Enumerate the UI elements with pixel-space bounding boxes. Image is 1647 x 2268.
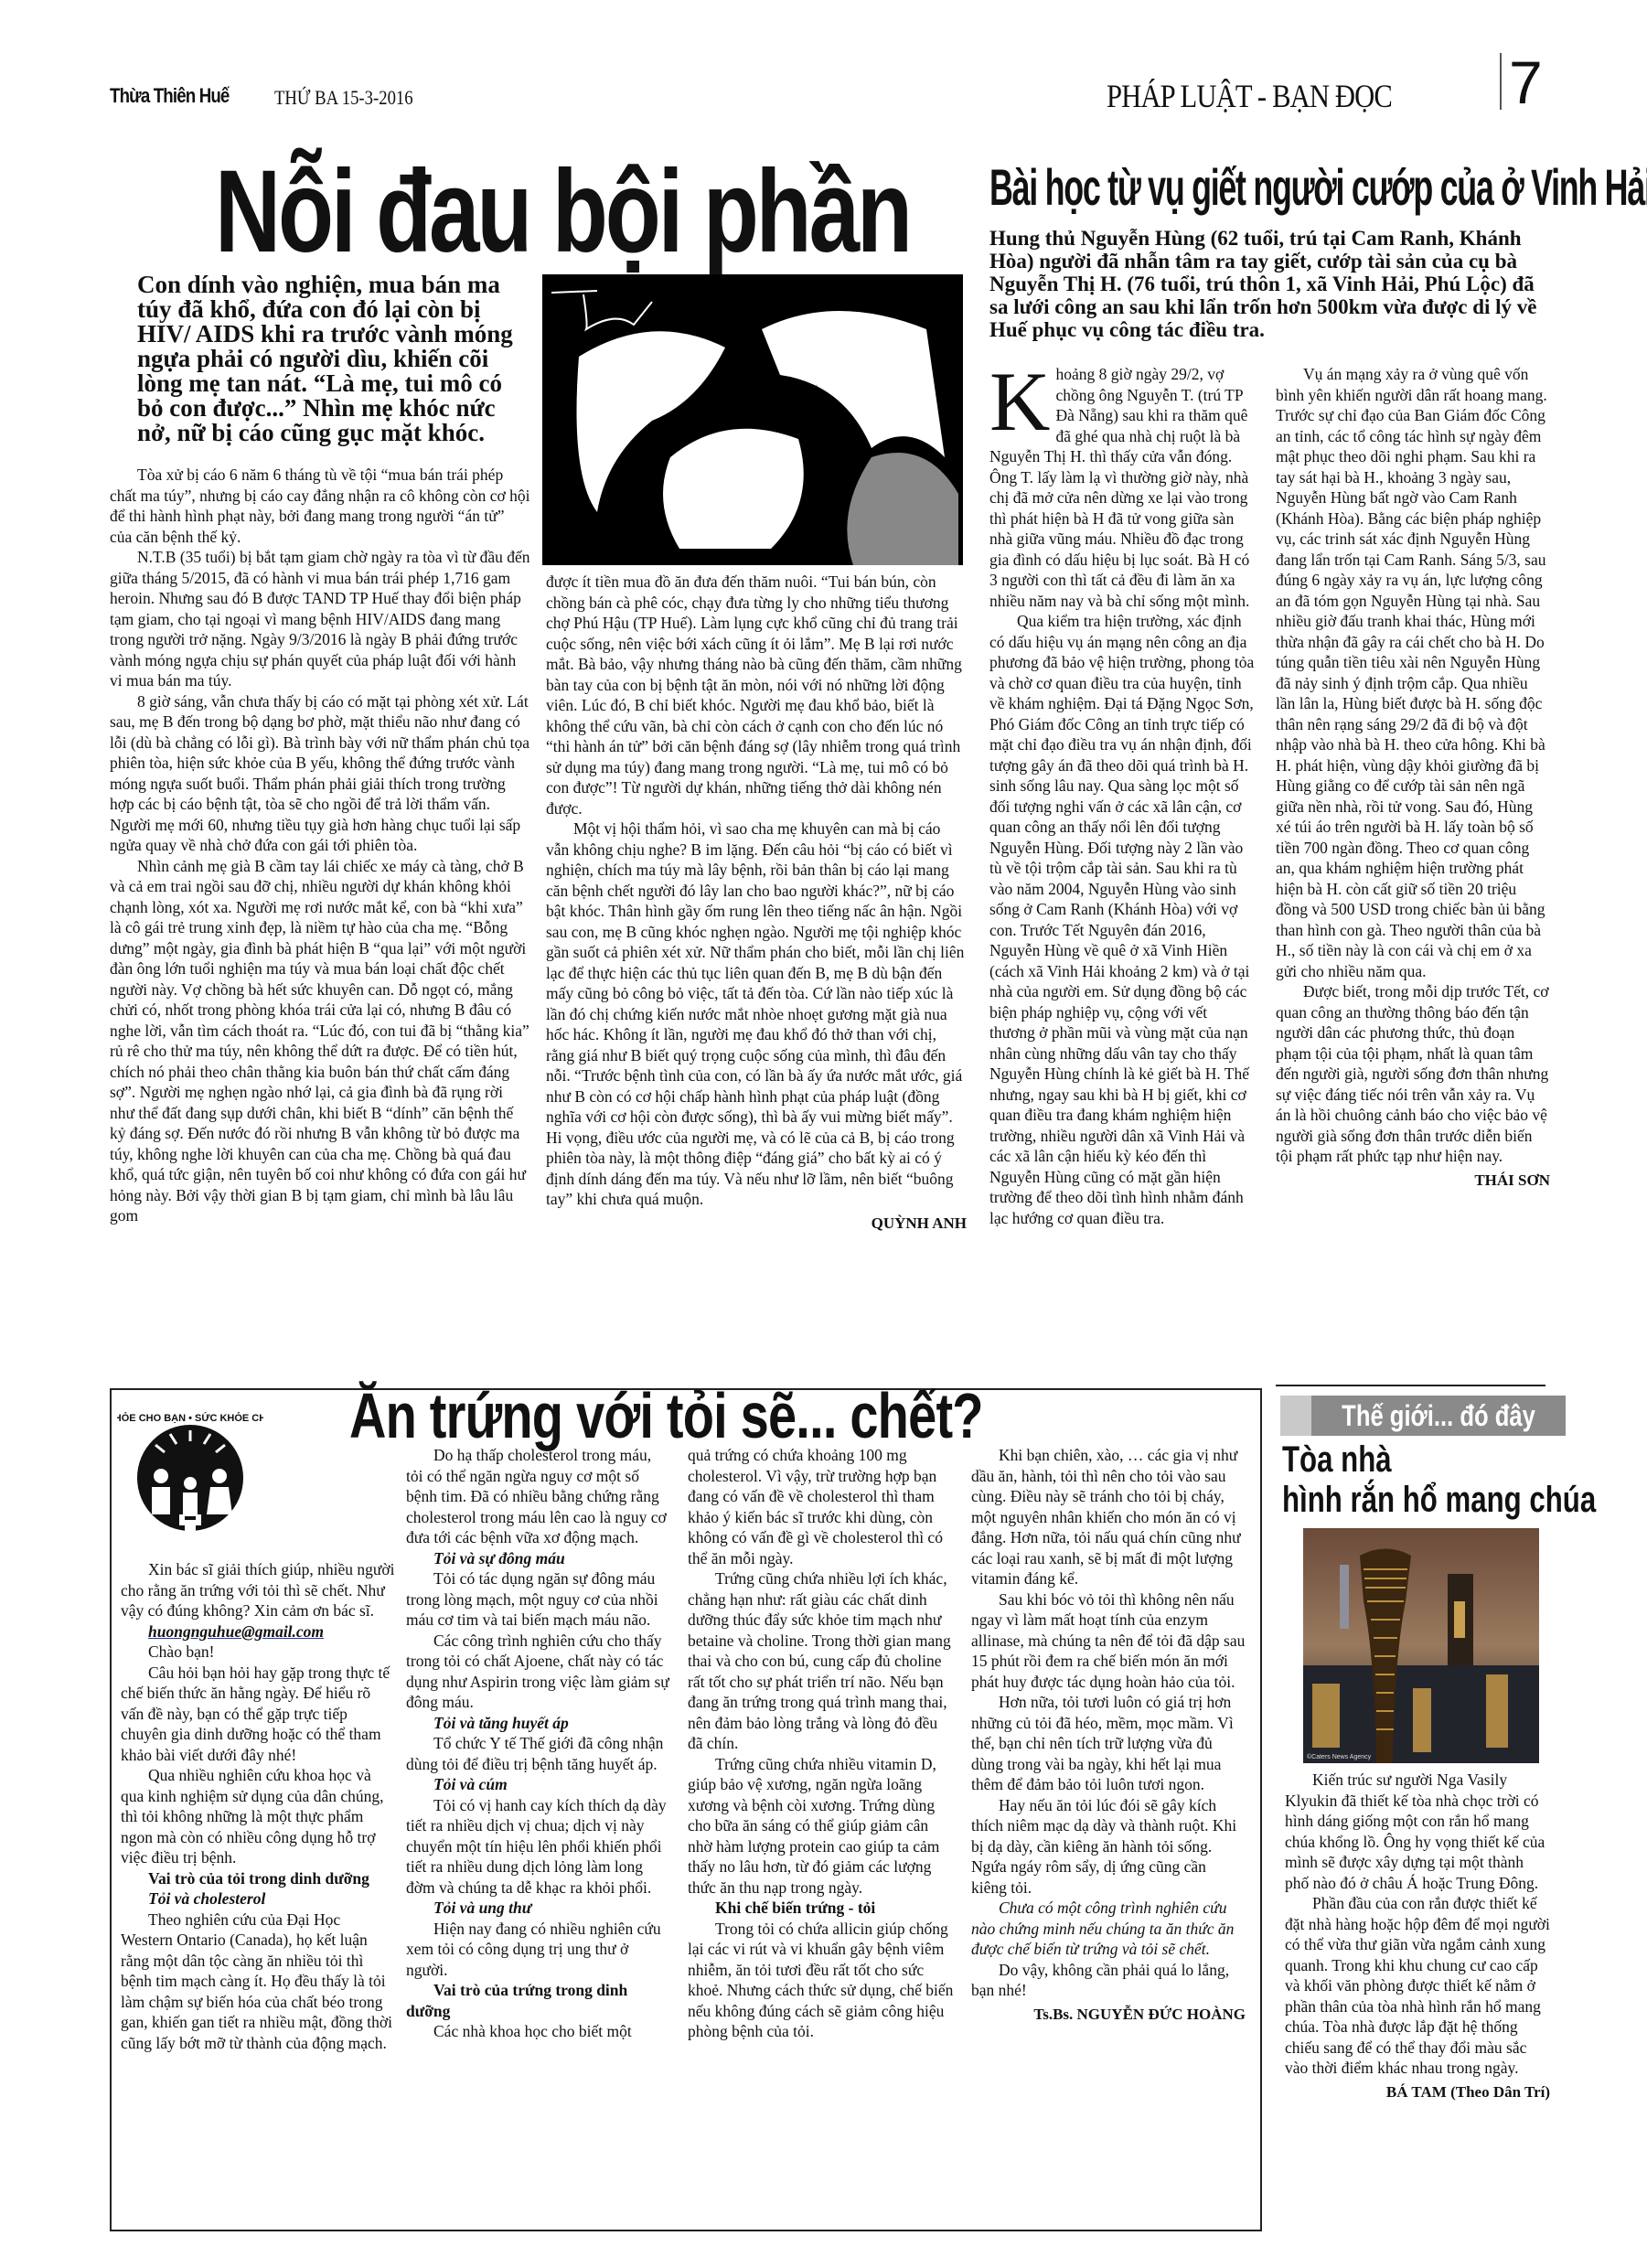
closing: Do vậy, không cần phải quá lo lắng, bạn … bbox=[971, 1960, 1246, 2001]
article1-headline: Nỗi đau bội phần bbox=[215, 154, 910, 271]
paragraph: Nhìn cảnh mẹ già B cầm tay lái chiếc xe … bbox=[110, 856, 530, 1226]
issue-date: THỨ BA 15-3-2016 bbox=[274, 86, 413, 110]
paragraph: Hơn nữa, tỏi tươi luôn có giá trị hơn nh… bbox=[971, 1692, 1246, 1795]
paragraph: được ít tiền mua đồ ăn đưa đến thăm nuôi… bbox=[546, 572, 967, 818]
greeting: Chào bạn! bbox=[121, 1642, 395, 1663]
health-for-you-logo: SỨC KHỎE CHO BẠN • SỨC KHỎE CHO BẠN bbox=[117, 1405, 263, 1551]
paragraph: Hiện nay đang có nhiều nghiên cứu xem tỏ… bbox=[406, 1919, 671, 1981]
reader-email-link[interactable]: huongnguhue@gmail.com bbox=[148, 1622, 324, 1641]
email-line: huongnguhue@gmail.com bbox=[121, 1621, 395, 1642]
article3-column-1: Xin bác sĩ giải thích giúp, nhiều người … bbox=[121, 1559, 395, 2053]
subheading: Tỏi và tăng huyết áp bbox=[406, 1713, 671, 1734]
article1-column-1: Tòa xử bị cáo 6 năm 6 tháng tù về tội “m… bbox=[110, 465, 530, 1226]
paragraph: Được biết, trong mỗi dịp trước Tết, cơ q… bbox=[1276, 981, 1550, 1167]
svg-text:SỨC KHỎE CHO BẠN • SỨC KHỎE CH: SỨC KHỎE CHO BẠN • SỨC KHỎE CHO BẠN bbox=[117, 1412, 263, 1424]
subheading: Vai trò của tỏi trong dinh dưỡng bbox=[121, 1868, 395, 1889]
subheading: Khi chế biến trứng - tỏi bbox=[688, 1898, 955, 1919]
paragraph: Qua kiểm tra hiện trường, xác định có dấ… bbox=[989, 611, 1255, 1228]
page-number-divider bbox=[1500, 53, 1502, 110]
article2-column-1: Khoảng 8 giờ ngày 29/2, vợ chồng ông Ngu… bbox=[989, 364, 1255, 1228]
article1-lede: Con dính vào nghiện, mua bán ma túy đã k… bbox=[137, 273, 521, 445]
paragraph: Phần đầu của con rắn được thiết kế đặt n… bbox=[1285, 1893, 1550, 2079]
article2-author: THÁI SƠN bbox=[1276, 1171, 1550, 1192]
paragraph: Tòa xử bị cáo 6 năm 6 tháng tù về tội “m… bbox=[110, 465, 530, 547]
article1-column-2: được ít tiền mua đồ ăn đưa đến thăm nuôi… bbox=[546, 572, 967, 1234]
paragraph: Các nhà khoa học cho biết một bbox=[406, 2021, 671, 2042]
city-skyline-photo-icon: ©Caters News Agency bbox=[1303, 1528, 1539, 1763]
article1-author: QUỲNH ANH bbox=[546, 1214, 967, 1235]
paragraph: Khi bạn chiên, xào, … các gia vị như dầu… bbox=[971, 1445, 1246, 1589]
paragraph: quả trứng có chứa khoảng 100 mg choleste… bbox=[688, 1445, 955, 1568]
paragraph: Các công trình nghiên cứu cho thấy trong… bbox=[406, 1631, 671, 1713]
article3-column-3: quả trứng có chứa khoảng 100 mg choleste… bbox=[688, 1445, 955, 2042]
article4-author: BÁ TAM (Theo Dân Trí) bbox=[1285, 2082, 1550, 2103]
paragraph: Trứng cũng chứa nhiều lợi ích khác, chẳn… bbox=[688, 1568, 955, 1754]
paragraph: Do hạ thấp cholesterol trong máu, tỏi có… bbox=[406, 1445, 671, 1548]
family-health-logo-icon: SỨC KHỎE CHO BẠN • SỨC KHỎE CHO BẠN bbox=[117, 1405, 263, 1551]
article4-headline: Tòa nhà hình rắn hổ mang chúa bbox=[1282, 1439, 1596, 1520]
paragraph-with-dropcap: Khoảng 8 giờ ngày 29/2, vợ chồng ông Ngu… bbox=[989, 364, 1255, 611]
section-tag-label: Thế giới... đó đây bbox=[1337, 1396, 1540, 1436]
article3-column-2: Do hạ thấp cholesterol trong máu, tỏi có… bbox=[406, 1445, 671, 2042]
subheading: Tỏi và cúm bbox=[406, 1774, 671, 1795]
section-tag-accent bbox=[1280, 1396, 1311, 1436]
article2-lede: Hung thủ Nguyễn Hùng (62 tuổi, trú tại C… bbox=[989, 227, 1538, 341]
subheading: Tỏi và ung thư bbox=[406, 1898, 671, 1919]
headline-line: Tòa nhà bbox=[1282, 1439, 1596, 1480]
article4-body: Kiến trúc sư người Nga Vasily Klyukin đã… bbox=[1285, 1770, 1550, 2102]
article3-author: Ts.Bs. NGUYỄN ĐỨC HOÀNG bbox=[971, 2005, 1246, 2026]
paragraph: Theo nghiên cứu của Đại Học Western Onta… bbox=[121, 1910, 395, 2054]
paragraph: Tỏi có vị hanh cay kích thích dạ dày tiế… bbox=[406, 1795, 671, 1899]
paragraph: Qua nhiều nghiên cứu khoa học và qua kin… bbox=[121, 1765, 395, 1868]
section-title: PHÁP LUẬT - BẠN ĐỌC bbox=[1107, 77, 1392, 115]
page-number: 7 bbox=[1509, 48, 1543, 117]
illustration-icon bbox=[542, 274, 963, 565]
subheading: Tỏi và sự đông máu bbox=[406, 1548, 671, 1569]
article2-headline: Bài học từ vụ giết người cướp của ở Vinh… bbox=[989, 157, 1647, 217]
paragraph: 8 giờ sáng, vẫn chưa thấy bị cáo có mặt … bbox=[110, 691, 530, 856]
paragraph: Trong tỏi có chứa allicin giúp chống lại… bbox=[688, 1919, 955, 2042]
article3-headline: Ăn trứng với tỏi sẽ... chết? bbox=[349, 1379, 983, 1452]
paragraph: Một vị hội thẩm hỏi, vì sao cha mẹ khuyê… bbox=[546, 818, 967, 1210]
paragraph: Câu hỏi bạn hỏi hay gặp trong thực tế ch… bbox=[121, 1663, 395, 1766]
subheading: Tỏi và cholesterol bbox=[121, 1888, 395, 1910]
headline-line: hình rắn hổ mang chúa bbox=[1282, 1480, 1596, 1520]
crying-mother-illustration bbox=[542, 274, 963, 565]
paragraph: Sau khi bóc vỏ tỏi thì không nên nấu nga… bbox=[971, 1589, 1246, 1693]
paragraph: Hay nếu ăn tỏi lúc đói sẽ gây kích thích… bbox=[971, 1795, 1246, 1899]
reader-question: Xin bác sĩ giải thích giúp, nhiều người … bbox=[121, 1559, 395, 1621]
article2-column-2: Vụ án mạng xảy ra ở vùng quê vốn bình yê… bbox=[1276, 364, 1550, 1191]
subheading: Vai trò của trứng trong dinh dưỡng bbox=[406, 1980, 671, 2021]
conclusion: Chưa có một công trình nghiên cứu nào ch… bbox=[971, 1898, 1246, 1960]
divider bbox=[1276, 1385, 1545, 1386]
paragraph: Trứng cũng chứa nhiều vitamin D, giúp bả… bbox=[688, 1754, 955, 1899]
world-section-tag: Thế giới... đó đây bbox=[1311, 1396, 1566, 1436]
newspaper-name: Thừa Thiên Huế bbox=[110, 84, 229, 108]
svg-text:©Caters News Agency: ©Caters News Agency bbox=[1307, 1753, 1372, 1760]
paragraph: Kiến trúc sư người Nga Vasily Klyukin đã… bbox=[1285, 1770, 1550, 1893]
paragraph: Vụ án mạng xảy ra ở vùng quê vốn bình yê… bbox=[1276, 364, 1550, 981]
dropcap: K bbox=[989, 368, 1050, 435]
cobra-skyscraper-photo: ©Caters News Agency bbox=[1303, 1528, 1539, 1763]
paragraph: N.T.B (35 tuổi) bị bắt tạm giam chờ ngày… bbox=[110, 547, 530, 691]
paragraph: Tỏi có tác dụng ngăn sự đông máu trong l… bbox=[406, 1568, 671, 1631]
article3-column-4: Khi bạn chiên, xào, … các gia vị như dầu… bbox=[971, 1445, 1246, 2025]
paragraph: Tổ chức Y tế Thế giới đã công nhận dùng … bbox=[406, 1733, 671, 1774]
